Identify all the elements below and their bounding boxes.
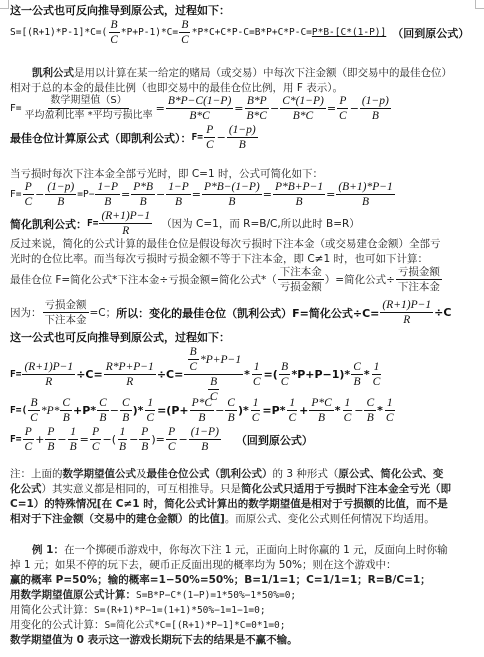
example-line-4: 用数学期望值原公式计算：S=B*P−C*(1−P)=1*50%−1*50%=0; [10,588,296,603]
formula-simplified-kelly: 简化凯利公式： F= (R+1)P−1R （因为 C=1，而 R=B/C,所以此… [10,209,360,238]
formula-c1-simplification: F= PC − (1−p)B =P− 1−PB = P*BB − 1−PB = … [10,180,396,209]
example-line-2: 掉 1 元；如果不停的玩下去，硬币正反面出现的概率均为 50%；则在这个游戏中： [10,558,397,572]
formula-kelly-derivation: F= 数学期望值（S）平均盈利比率 *平均亏损比率 = B*P−C(1−P)B*… [10,94,392,123]
note-line-4: 相对于下注金额（交易中的建仓金额）的比值]。而原公式、变化公式则任何情况下均适用… [10,512,435,526]
formula-variant-kelly: 因为： 亏损金额下注本金 =C； 所以：变化的最佳仓位（凯利公式）F=简化公式÷… [10,298,451,327]
section-heading-reverse-1: 这一公式也可反向推导到原公式，过程如下： [10,4,230,18]
underlined-result: P*B-[C*(1-P)] [312,27,386,38]
c1-intro: 当亏损时每次下注本金全部亏光时，即 C=1 时，公式可简化如下： [10,167,323,181]
example-line-1: 例 1：在一个掷硬币游戏中，你每次下注 1 元，正面向上时你赢的 1 元，反面向… [10,543,448,557]
crop-mark-top-right [475,0,484,9]
formula-original-kelly: 最佳仓位计算原公式（即凯利公式）： F= PC − (1−p)B [10,123,259,152]
example-line-5: 用简化公式计算：S=(R+1)*P−1=(1+1)*50%−1=1−1=0; [10,603,266,618]
note-line-1: 注：上面的数学期望值公式及最佳仓位公式（凯利公式）的 3 种形式（原公式、简化公… [10,467,443,481]
example-line-3: 赢的概率 P=50%；输的概率=1−50%=50%；B=1/1=1；C=1/1=… [10,573,431,587]
converse-line-1: 反过来说，简化的公式计算的最佳仓位是假设每次亏损时下注本金（或交易建仓金额）全部… [10,237,441,251]
example-conclusion: 数学期望值为 0 表示这一游戏长期玩下去的结果是不赢不输。 [10,633,298,647]
derivation-step-2: F=( BC *P* CB +P* CB − CB )* 1C =(P+ P*C… [10,396,397,425]
example-line-6: 用变化的公式计算：S=简化公式*C=[(R+1)*P−1]*C=0*1=0; [10,618,286,633]
converse-line-2: 光时的仓位比率。而当每次亏损时亏损金额不等于下注本金，即 C≠1 时，也可如下计… [10,252,428,266]
kelly-intro-line-2: 相对于总的本金的最佳比例（也即交易中的最佳仓位比例，用 F 表示）。 [10,81,343,95]
document-page: 这一公式也可反向推导到原公式，过程如下： S=[(R+1)*P-1]*C=( B… [0,0,484,657]
note-line-3: C=1）的特殊情况[在 C≠1 时，简化公式计算出的数学期望值是相对于亏损额的比… [10,497,448,511]
section-heading-reverse-2: 这一公式也可反向推导到原公式，过程如下： [10,331,230,345]
kelly-intro-line-1: 凯利公式是用以计算在某一给定的赌局（或交易）中每次下注金额（即交易中的最佳仓位） [10,66,452,80]
formula-s-expansion: S=[(R+1)*P-1]*C=( BC *P+P-1)*C= BC *P*C+… [10,18,469,47]
note-line-2: 化公式）其实意义都是相同的，可互相推导。只是简化公式只适用于亏损时下注本金全亏光… [10,482,451,496]
derivation-step-3: F= PC + PB − 1B = PC −( 1B − PB )= PC − … [10,425,313,454]
formula-best-position: 最佳仓位 F=简化公式*下注本金÷亏损金额=简化公式*（ 下注本金亏损金额 ）=… [10,265,443,294]
crop-mark-top-left [0,0,9,9]
